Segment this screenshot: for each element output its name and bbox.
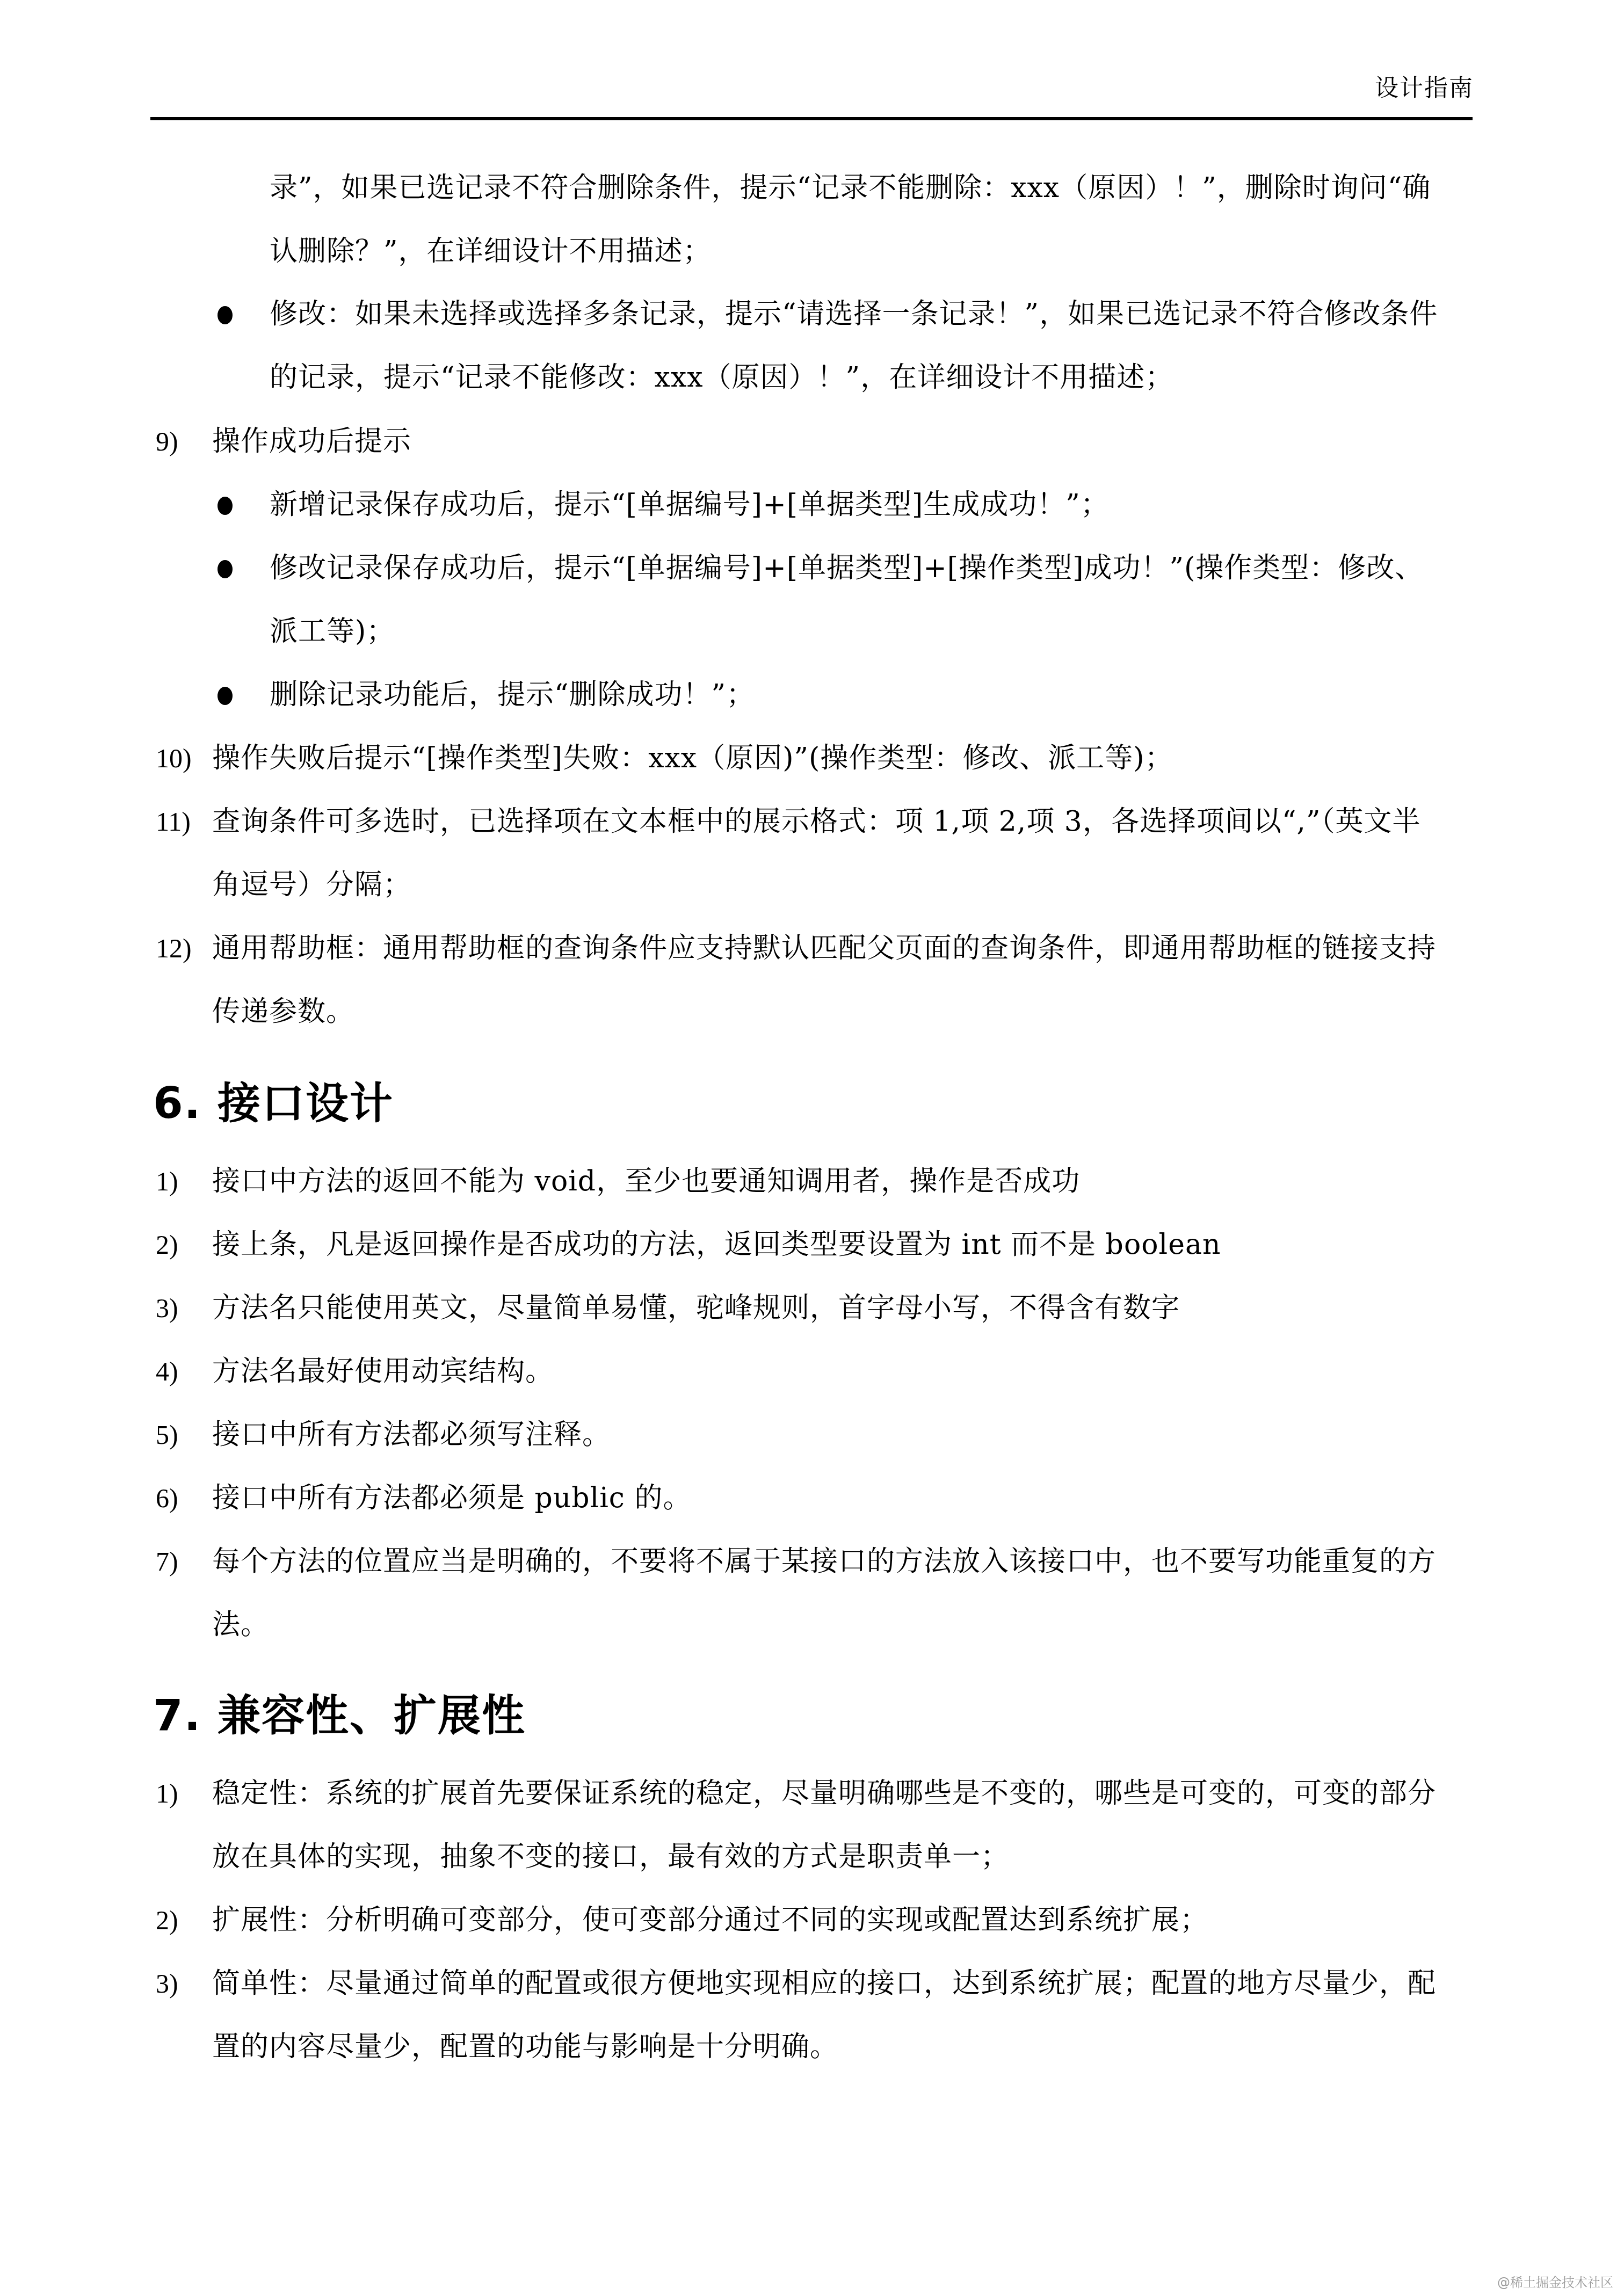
list-number: 2) [156, 1229, 178, 1261]
list-number: 9) [156, 425, 178, 457]
list-item-text-cont: 角逗号）分隔； [212, 869, 411, 901]
list-number: 3) [156, 1292, 178, 1324]
list-item-text-cont: 置的内容尽量少，配置的功能与影响是十分明确。 [212, 2031, 838, 2063]
bullet-icon [218, 306, 233, 324]
list-item-text: 查询条件可多选时，已选择项在文本框中的展示格式：项 1,项 2,项 3，各选择项… [212, 805, 1421, 838]
list-item-text: 接口中所有方法都必须是 public 的。 [212, 1482, 692, 1514]
list-item-text: 通用帮助框：通用帮助框的查询条件应支持默认匹配父页面的查询条件，即通用帮助框的链… [212, 932, 1436, 964]
list-number: 1) [156, 1777, 178, 1810]
success-bullet-delete: 删除记录功能后，提示“删除成功！”； [270, 679, 755, 711]
list-item-text: 接口中所有方法都必须写注释。 [212, 1419, 611, 1451]
list-number: 7) [156, 1545, 178, 1578]
list-item-text: 接上条，凡是返回操作是否成功的方法，返回类型要设置为 int 而不是 boole… [212, 1229, 1221, 1261]
list-number: 12) [156, 932, 192, 964]
list-item-text: 方法名最好使用动宾结构。 [212, 1355, 554, 1387]
bullet-icon [218, 687, 233, 705]
list-item-text-cont: 放在具体的实现，抽象不变的接口，最有效的方式是职责单一； [212, 1841, 1009, 1873]
success-bullet-modify-line-2: 派工等)； [270, 615, 395, 648]
bullet-icon [218, 560, 233, 578]
list-item-text: 扩展性：分析明确可变部分，使可变部分通过不同的实现或配置达到系统扩展； [212, 1904, 1208, 1936]
list-number: 10) [156, 742, 192, 774]
list-number: 5) [156, 1419, 178, 1451]
list-item-text-cont: 法。 [212, 1609, 269, 1641]
modify-bullet-line-2: 的记录，提示“记录不能修改：xxx（原因）！”，在详细设计不用描述； [270, 361, 1173, 394]
success-bullet-add: 新增记录保存成功后，提示“[单据编号]+[单据类型]生成成功！”； [270, 489, 1109, 521]
list-number: 4) [156, 1355, 178, 1387]
list-number: 6) [156, 1482, 178, 1514]
list-item-text: 简单性：尽量通过简单的配置或很方便地实现相应的接口，达到系统扩展；配置的地方尽量… [212, 1967, 1436, 2000]
section-heading-interface-design: 6. 接口设计 [153, 1079, 394, 1128]
list-item-text: 每个方法的位置应当是明确的，不要将不属于某接口的方法放入该接口中，也不要写功能重… [212, 1545, 1436, 1578]
list-number: 3) [156, 1967, 178, 2000]
running-header-title: 设计指南 [1375, 69, 1474, 103]
list-item-text: 操作成功后提示 [212, 425, 411, 457]
list-item-text: 接口中方法的返回不能为 void，至少也要通知调用者，操作是否成功 [212, 1165, 1080, 1197]
list-item-text: 方法名只能使用英文，尽量简单易懂，驼峰规则，首字母小写，不得含有数字 [212, 1292, 1180, 1324]
delete-bullet-line-1: 录”，如果已选记录不符合删除条件，提示“记录不能删除：xxx（原因）！”，删除时… [270, 172, 1431, 204]
list-item-text: 操作失败后提示“[操作类型]失败：xxx（原因)”(操作类型：修改、派工等)； [212, 742, 1173, 774]
modify-bullet-line-1: 修改：如果未选择或选择多条记录，提示“请选择一条记录！”，如果已选记录不符合修改… [270, 298, 1438, 330]
watermark: @稀土掘金技术社区 [1497, 2272, 1613, 2291]
section-heading-compatibility-extensibility: 7. 兼容性、扩展性 [153, 1691, 526, 1740]
list-item-text: 稳定性：系统的扩展首先要保证系统的稳定，尽量明确哪些是不变的，哪些是可变的，可变… [212, 1777, 1436, 1810]
list-number: 1) [156, 1165, 178, 1197]
delete-bullet-line-2: 认删除？”，在详细设计不用描述； [270, 235, 712, 267]
bullet-icon [218, 497, 233, 515]
list-number: 2) [156, 1904, 178, 1936]
list-item-text-cont: 传递参数。 [212, 996, 354, 1028]
header-divider [150, 117, 1473, 120]
success-bullet-modify-line-1: 修改记录保存成功后，提示“[单据编号]+[单据类型]+[操作类型]成功！”(操作… [270, 552, 1423, 584]
list-number: 11) [156, 805, 191, 838]
